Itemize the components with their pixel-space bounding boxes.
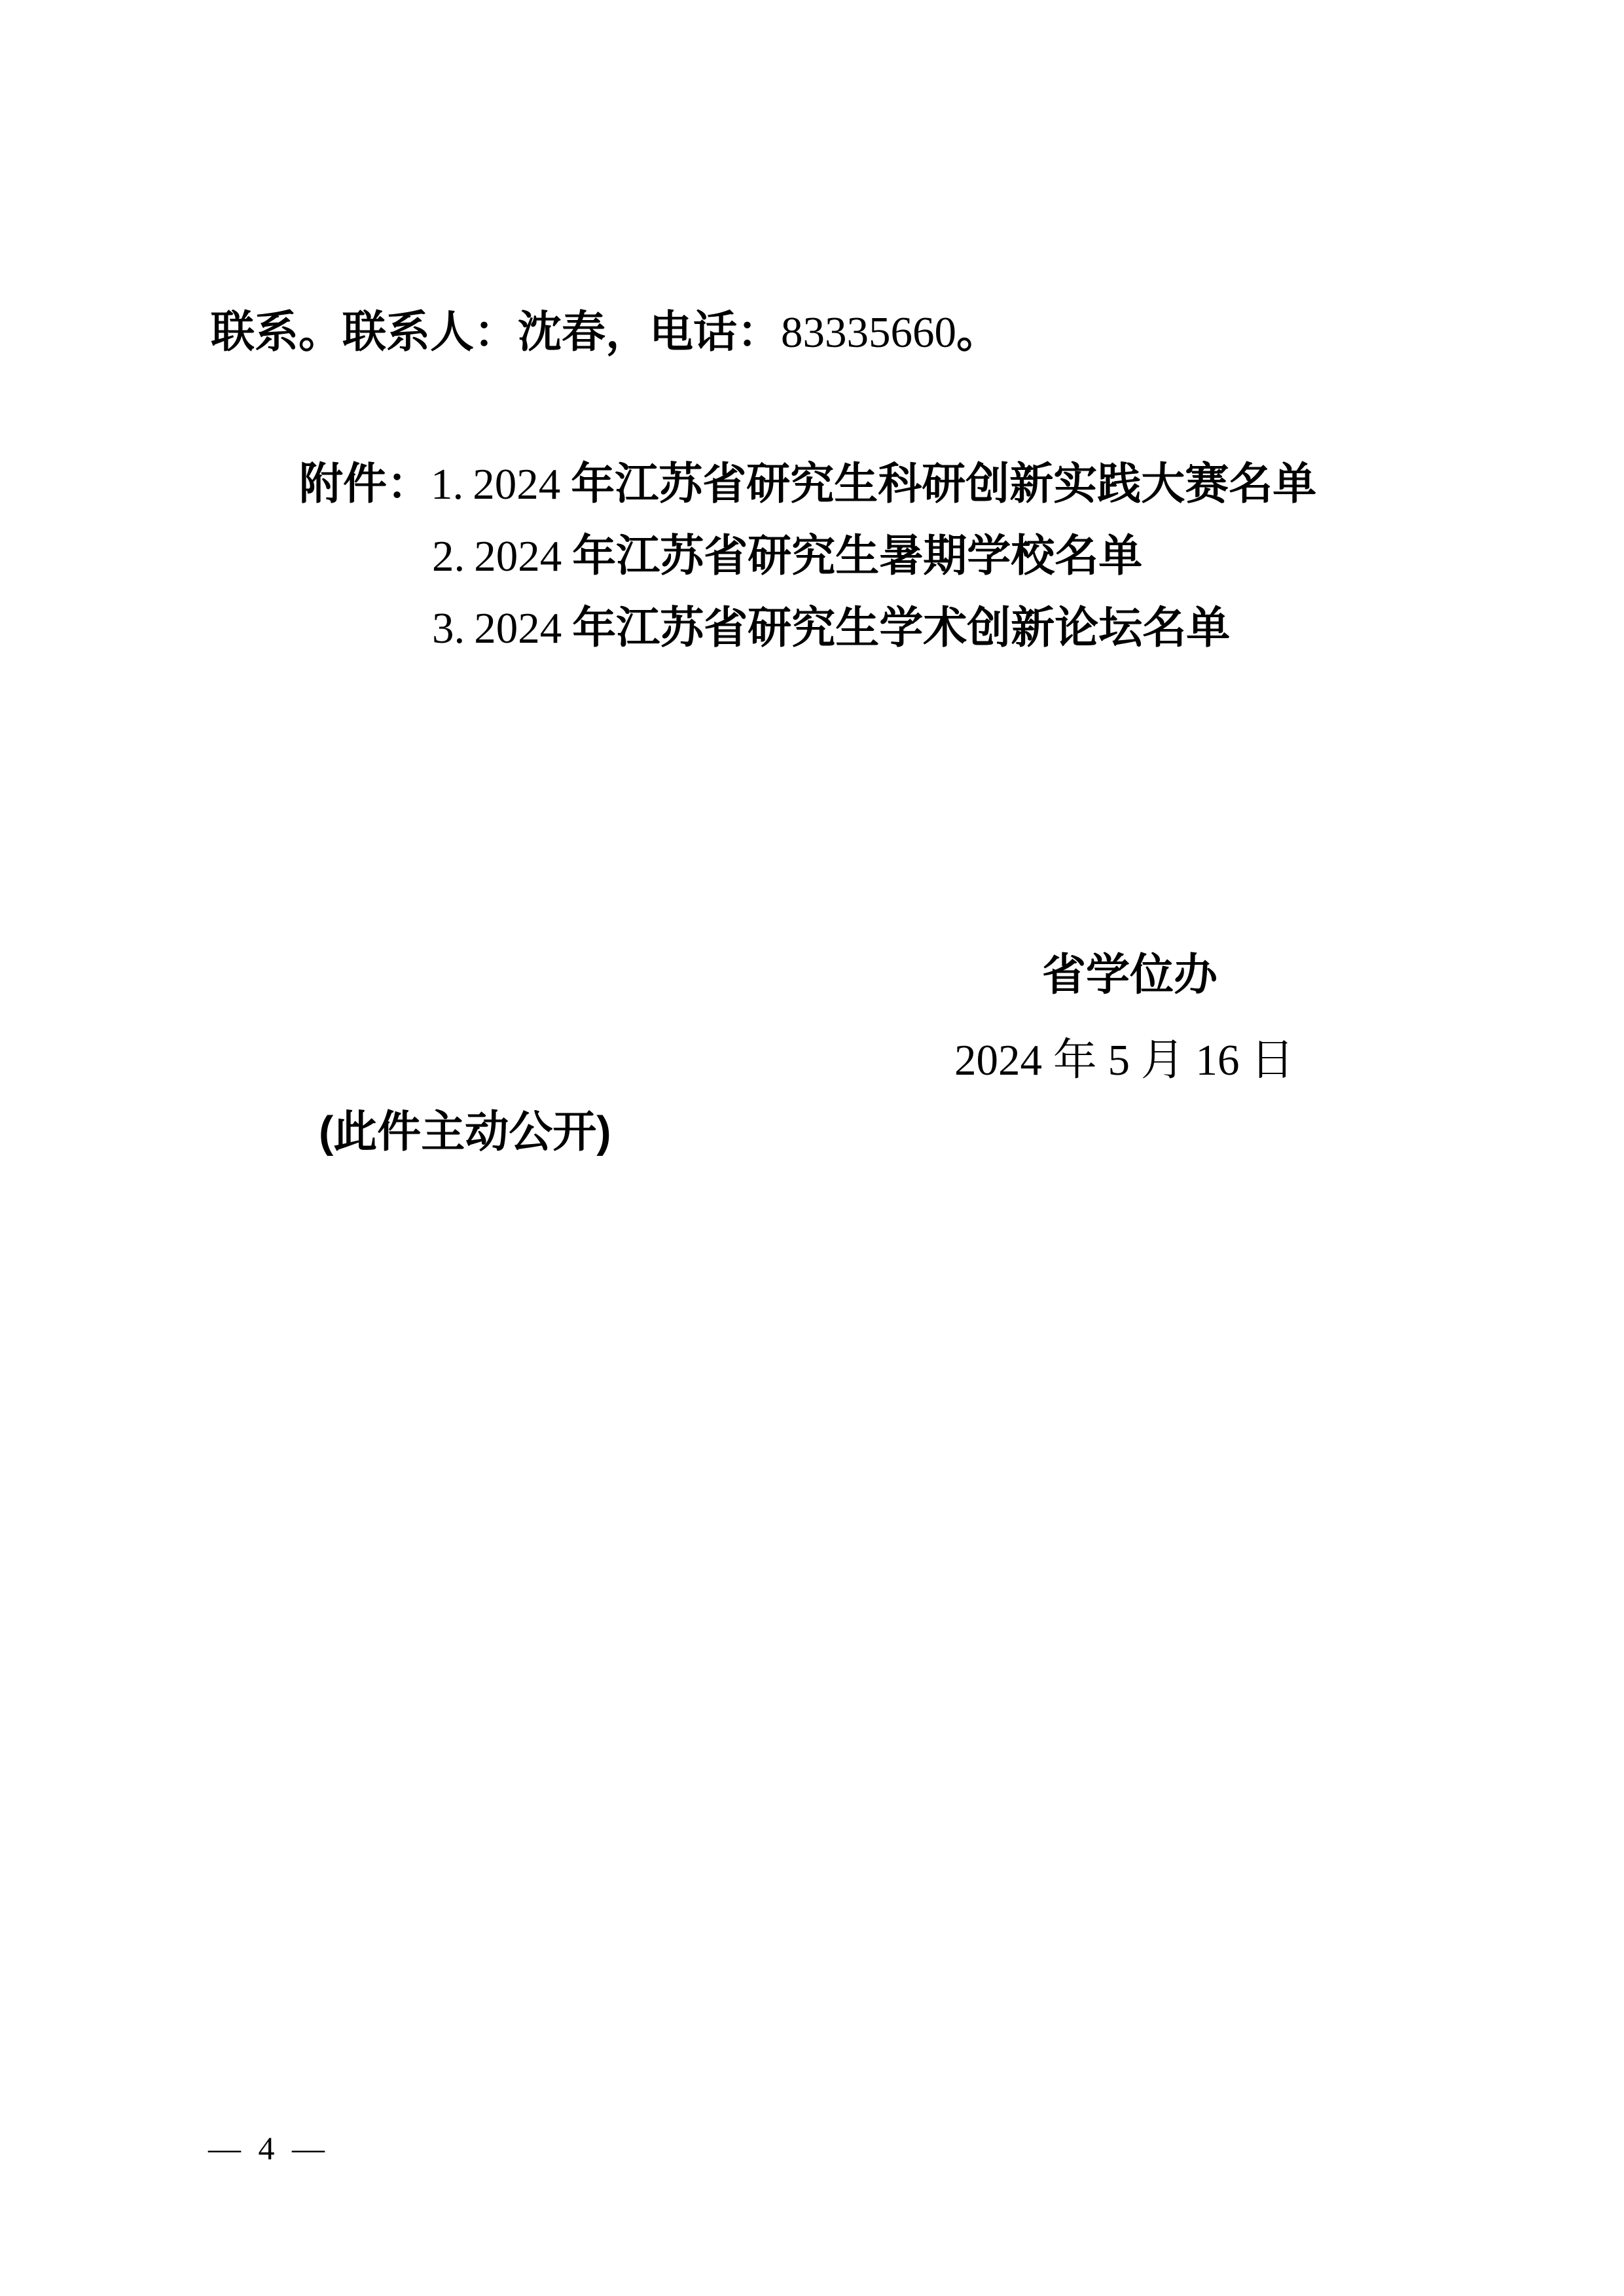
document-page: 联系。联系人：沈春，电话：83335660。 附件：1.2024年江苏省研究生科… [0,0,1624,2296]
attachment-item-2: 2.2024年江苏省研究生暑期学校名单 [432,530,1142,583]
attachment-2-title: 年江苏省研究生暑期学校名单 [572,531,1142,581]
contact-period: 。 [956,308,1000,357]
attachment-1-title: 年江苏省研究生科研创新实践大赛名单 [571,459,1316,509]
contact-text: 联系。联系人：沈春，电话： [211,308,781,357]
attachment-item-3: 3.2024年江苏省研究生学术创新论坛名单 [432,602,1230,655]
attachment-1-number: 1. [431,460,463,509]
attachments-label: 附件： [299,459,431,509]
attachment-1-year: 2024 [473,460,560,509]
disclosure-note: (此件主动公开) [319,1106,611,1158]
attachment-3-number: 3. [432,604,465,653]
signature-date: 2024 年 5 月 16 日 [954,1034,1294,1086]
attachment-2-number: 2. [432,532,465,581]
contact-line: 联系。联系人：沈春，电话：83335660。 [211,306,1000,359]
attachment-2-year: 2024 [474,532,562,581]
attachment-3-title: 年江苏省研究生学术创新论坛名单 [572,603,1230,653]
attachment-item-1: 附件：1.2024年江苏省研究生科研创新实践大赛名单 [299,458,1316,511]
contact-phone-number: 83335660 [781,308,956,357]
attachment-3-year: 2024 [474,604,562,653]
footer-page-number: — 4 — [208,2128,329,2168]
signature-issuer: 省学位办 [1042,949,1218,1001]
